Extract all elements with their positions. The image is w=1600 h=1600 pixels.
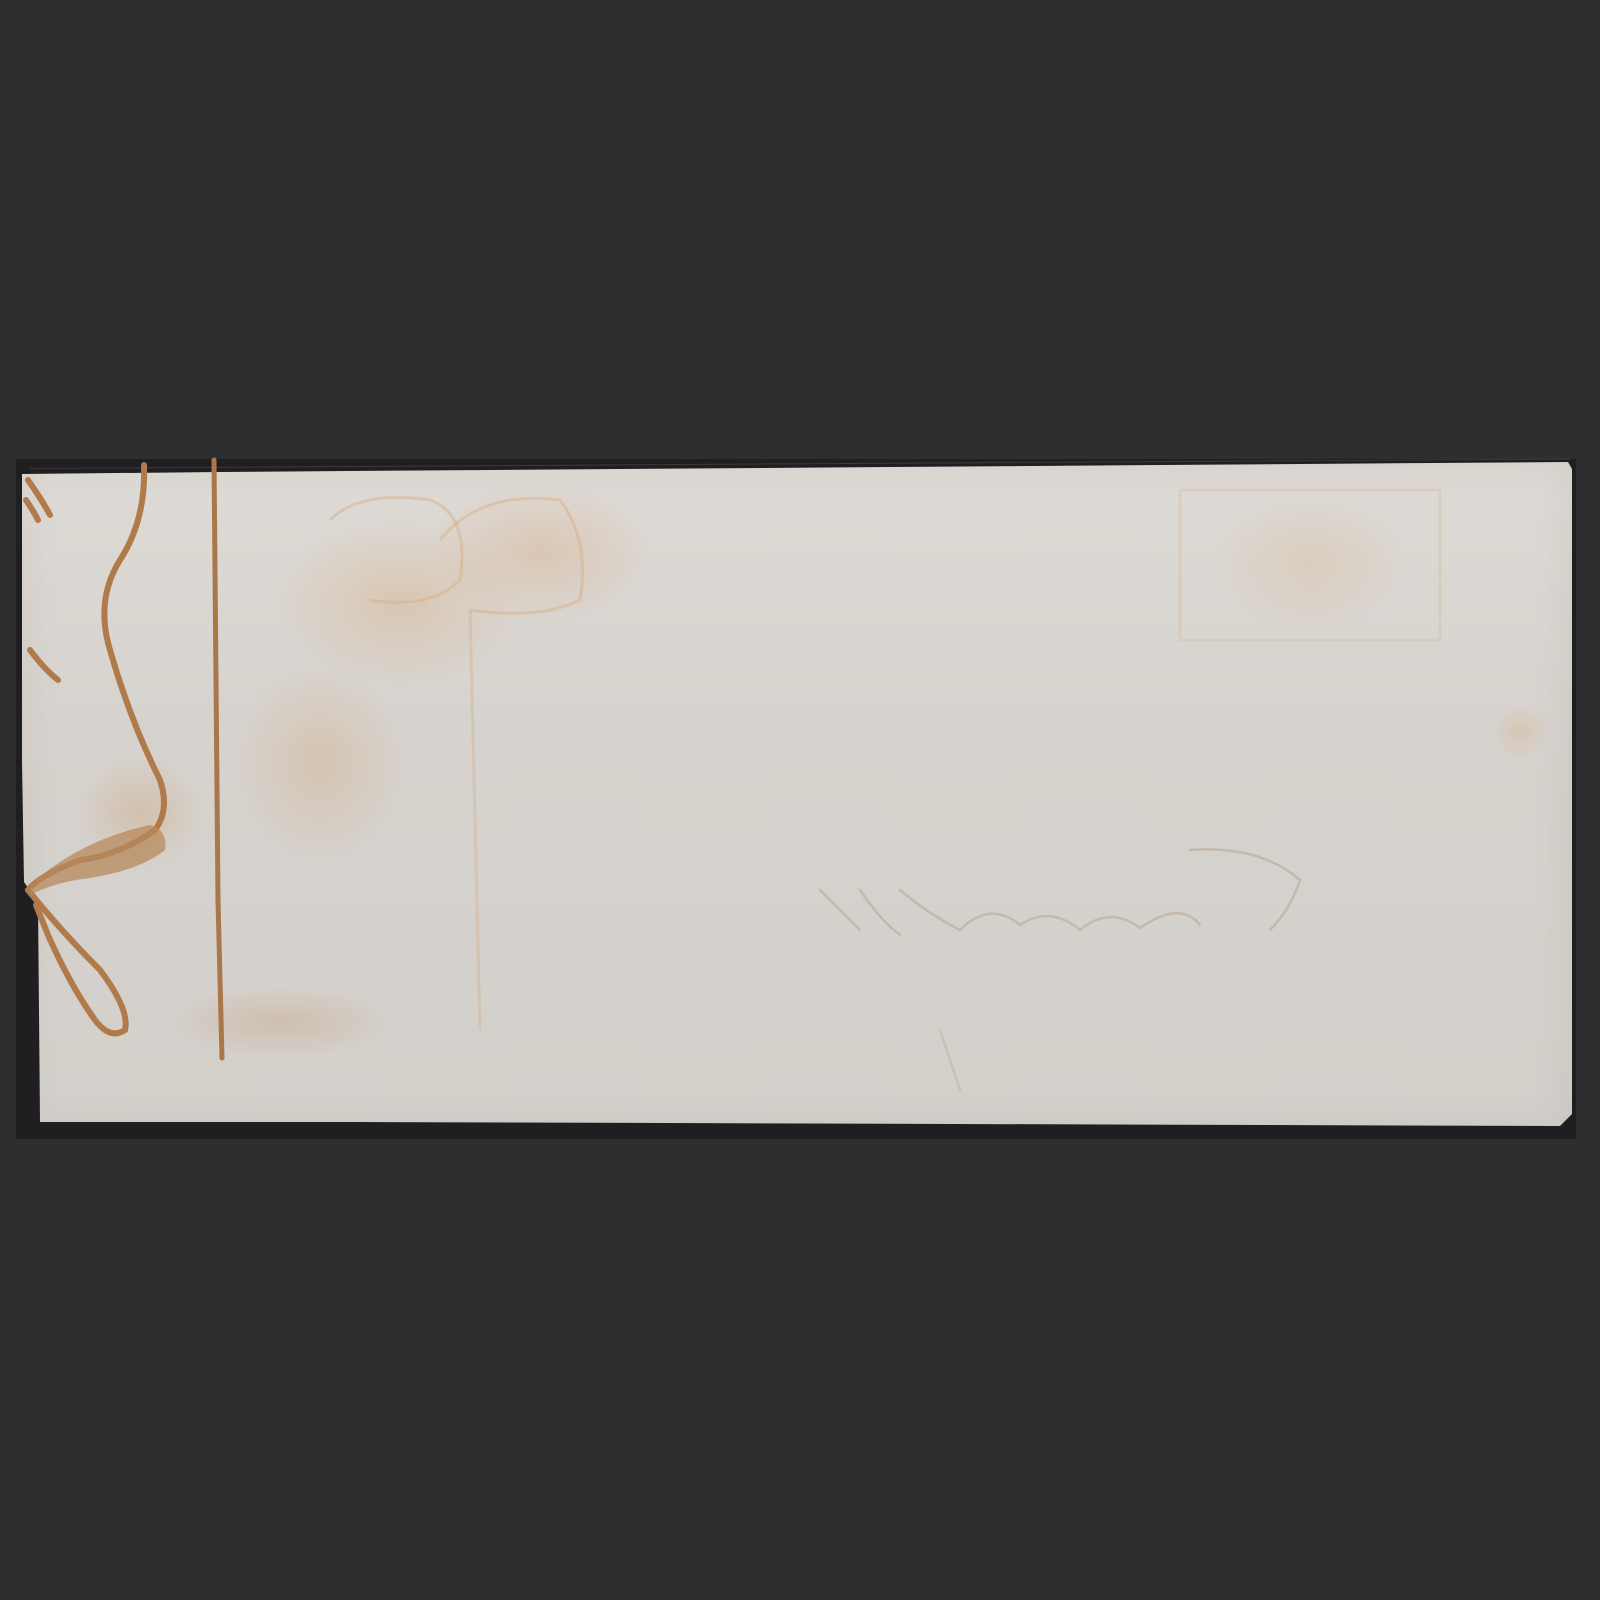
- paper-document: [20, 462, 1572, 1132]
